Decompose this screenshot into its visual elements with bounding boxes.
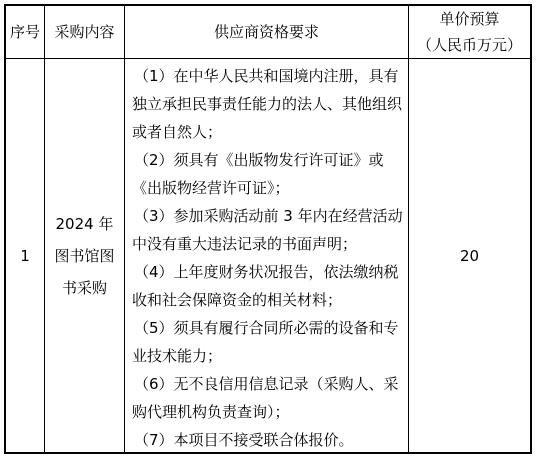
requirement-item: （7）本项目不接受联合体报价。 xyxy=(132,426,403,452)
header-budget: 单价预算 （人民币万元） xyxy=(409,6,530,59)
cell-requirements: （1）在中华人民共和国境内注册，具有独立承担民事责任能力的法人、其他组织或者自然… xyxy=(125,59,409,452)
procurement-table: 序号 采购内容 供应商资格要求 单价预算 （人民币万元） 1 2024 年图书馆… xyxy=(4,4,532,454)
cell-content-text: 2024 年图书馆图书采购 xyxy=(45,208,124,304)
cell-serial: 1 xyxy=(6,59,45,452)
cell-budget: 20 xyxy=(409,59,530,452)
requirement-item: （5）须具有履行合同所必需的设备和专业技术能力； xyxy=(132,314,403,370)
header-content: 采购内容 xyxy=(45,6,125,59)
header-budget-title: 单价预算 xyxy=(439,6,499,32)
requirement-item: （4）上年度财务状况报告，依法缴纳税收和社会保障资金的相关材料； xyxy=(132,258,403,314)
document-page: 序号 采购内容 供应商资格要求 单价预算 （人民币万元） 1 2024 年图书馆… xyxy=(0,0,536,458)
header-requirements: 供应商资格要求 xyxy=(125,6,409,59)
requirement-item: （6）无不良信用信息记录（采购人、采购代理机构负责查询）； xyxy=(132,370,403,426)
requirement-item: （2）须具有《出版物发行许可证》或《出版物经营许可证》； xyxy=(132,146,403,202)
header-budget-unit: （人民币万元） xyxy=(417,32,522,58)
requirement-item: （1）在中华人民共和国境内注册，具有独立承担民事责任能力的法人、其他组织或者自然… xyxy=(132,62,403,146)
requirement-item: （3）参加采购活动前 3 年内在经营活动中没有重大违法记录的书面声明； xyxy=(132,202,403,258)
cell-content: 2024 年图书馆图书采购 xyxy=(45,59,125,452)
header-serial: 序号 xyxy=(6,6,45,59)
